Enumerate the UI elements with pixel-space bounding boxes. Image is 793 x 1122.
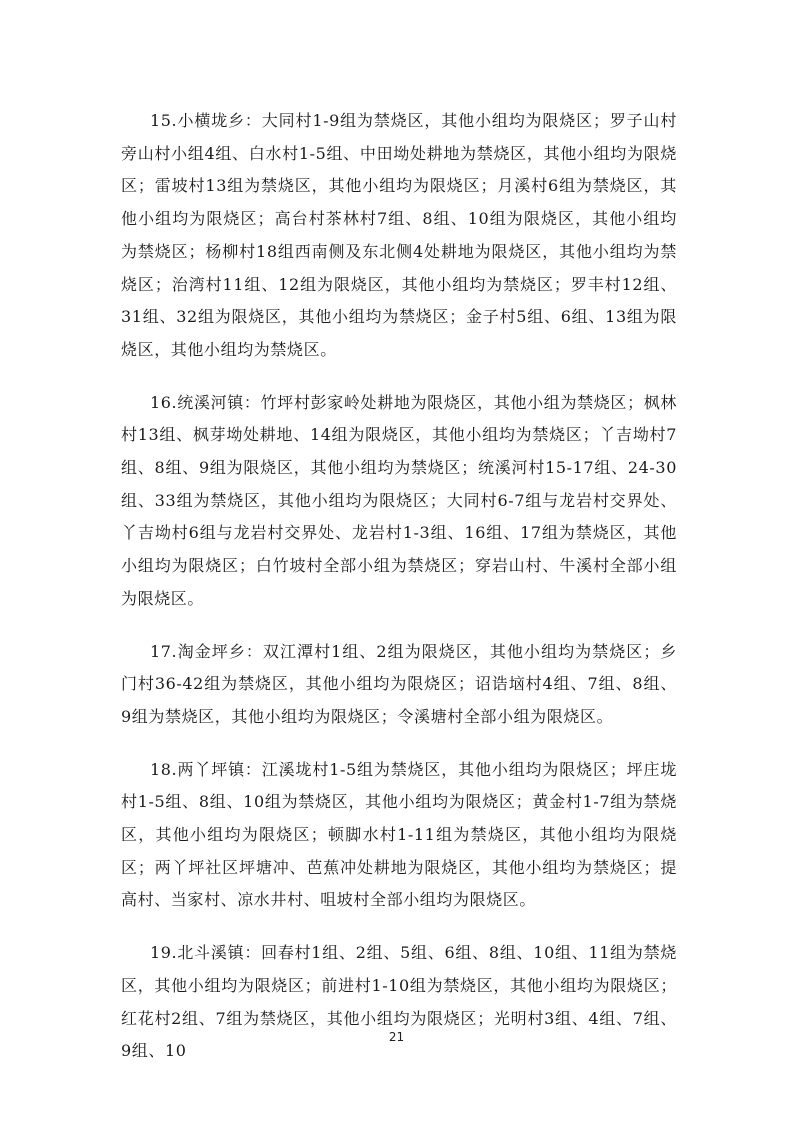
paragraph-19-beidouxi: 19.北斗溪镇：回春村1组、2组、5组、6组、8组、10组、11组为禁烧区，其他… bbox=[121, 937, 677, 1068]
paragraph-16-tongxihe: 16.统溪河镇：竹坪村彭家岭处耕地为限烧区，其他小组为禁烧区；枫林村13组、枫芽… bbox=[121, 387, 677, 616]
paragraph-15-xiaohenglong: 15.小横垅乡：大同村1-9组为禁烧区，其他小组均为限烧区；罗子山村旁山村小组4… bbox=[121, 105, 677, 367]
paragraph-18-liangyaping: 18.两丫坪镇：江溪垅村1-5组为禁烧区，其他小组均为限烧区；坪庄垅村1-5组、… bbox=[121, 754, 677, 918]
paragraph-17-taojinping: 17.淘金坪乡：双江潭村1组、2组为限烧区，其他小组均为禁烧区；乡门村36-42… bbox=[121, 636, 677, 734]
page-number: 21 bbox=[0, 1030, 793, 1044]
document-body: 15.小横垅乡：大同村1-9组为禁烧区，其他小组均为限烧区；罗子山村旁山村小组4… bbox=[121, 105, 677, 1088]
